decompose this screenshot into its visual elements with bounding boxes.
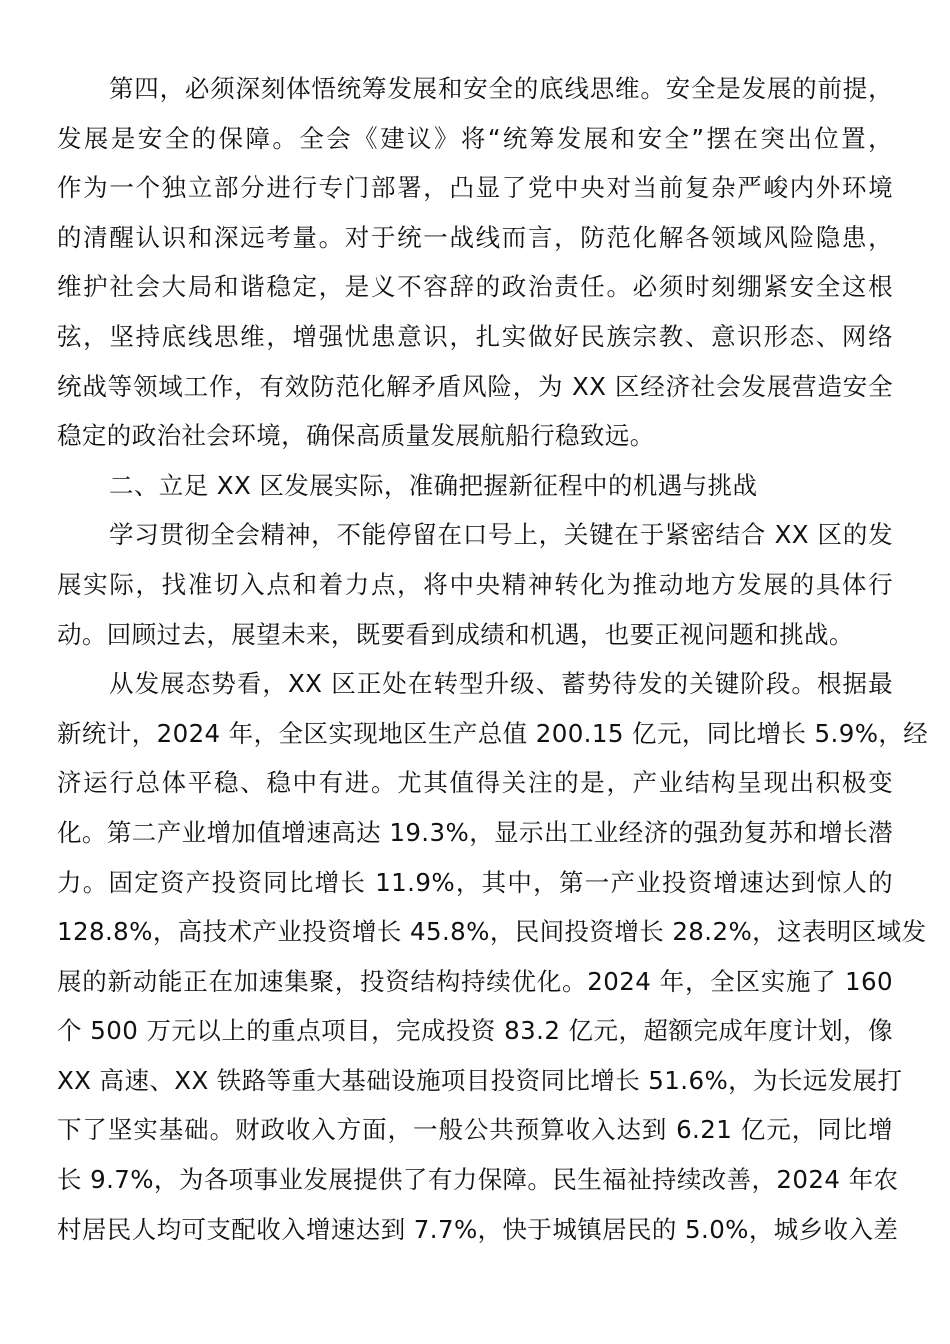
text-line: 弦，坚持底线思维，增强忧患意识，扎实做好民族宗教、意识形态、网络 <box>57 312 893 362</box>
paragraph-development-trend: 从发展态势看，XX 区正处在转型升级、蓄势待发的关键阶段。根据最 新统计，202… <box>57 659 893 1254</box>
text-line: 村居民人均可支配收入增速达到 7.7%，快于城镇居民的 5.0%，城乡收入差 <box>57 1205 893 1255</box>
text-line: 的清醒认识和深远考量。对于统一战线而言，防范化解各领域风险隐患， <box>57 213 893 263</box>
text-line: 长 9.7%，为各项事业发展提供了有力保障。民生福祉持续改善，2024 年农 <box>57 1155 893 1205</box>
text-line: 维护社会大局和谐稳定，是义不容辞的政治责任。必须时刻绷紧安全这根 <box>57 262 893 312</box>
text-line: 展实际，找准切入点和着力点，将中央精神转化为推动地方发展的具体行 <box>57 560 893 610</box>
text-line: 动。回顾过去，展望未来，既要看到成绩和机遇，也要正视问题和挑战。 <box>57 610 893 660</box>
text-line: 第四，必须深刻体悟统筹发展和安全的底线思维。安全是发展的前提， <box>57 64 893 114</box>
paragraph-implementation: 学习贯彻全会精神，不能停留在口号上，关键在于紧密结合 XX 区的发 展实际，找准… <box>57 510 893 659</box>
section-heading-text: 二、立足 XX 区发展实际，准确把握新征程中的机遇与挑战 <box>57 461 893 511</box>
text-line: 从发展态势看，XX 区正处在转型升级、蓄势待发的关键阶段。根据最 <box>57 659 893 709</box>
text-line: 新统计，2024 年，全区实现地区生产总值 200.15 亿元，同比增长 5.9… <box>57 709 893 759</box>
text-line: 展的新动能正在加速集聚，投资结构持续优化。2024 年，全区实施了 160 <box>57 957 893 1007</box>
section-heading: 二、立足 XX 区发展实际，准确把握新征程中的机遇与挑战 <box>57 461 893 511</box>
text-line: 化。第二产业增加值增速高达 19.3%，显示出工业经济的强劲复苏和增长潜 <box>57 808 893 858</box>
text-line: 稳定的政治社会环境，确保高质量发展航船行稳致远。 <box>57 411 893 461</box>
paragraph-security-bottom-line: 第四，必须深刻体悟统筹发展和安全的底线思维。安全是发展的前提， 发展是安全的保障… <box>57 64 893 461</box>
text-line: 统战等领域工作，有效防范化解矛盾风险，为 XX 区经济社会发展营造安全 <box>57 362 893 412</box>
text-line: 发展是安全的保障。全会《建议》将“统筹发展和安全”摆在突出位置， <box>57 114 893 164</box>
text-line: 作为一个独立部分进行专门部署，凸显了党中央对当前复杂严峻内外环境 <box>57 163 893 213</box>
text-line: 128.8%，高技术产业投资增长 45.8%，民间投资增长 28.2%，这表明区… <box>57 907 893 957</box>
text-line: 力。固定资产投资同比增长 11.9%，其中，第一产业投资增速达到惊人的 <box>57 858 893 908</box>
text-line: 济运行总体平稳、稳中有进。尤其值得关注的是，产业结构呈现出积极变 <box>57 758 893 808</box>
text-line: 个 500 万元以上的重点项目，完成投资 83.2 亿元，超额完成年度计划，像 <box>57 1006 893 1056</box>
text-line: 学习贯彻全会精神，不能停留在口号上，关键在于紧密结合 XX 区的发 <box>57 510 893 560</box>
document-page: 第四，必须深刻体悟统筹发展和安全的底线思维。安全是发展的前提， 发展是安全的保障… <box>57 64 893 1254</box>
text-line: XX 高速、XX 铁路等重大基础设施项目投资同比增长 51.6%，为长远发展打 <box>57 1056 893 1106</box>
text-line: 下了坚实基础。财政收入方面，一般公共预算收入达到 6.21 亿元，同比增 <box>57 1105 893 1155</box>
